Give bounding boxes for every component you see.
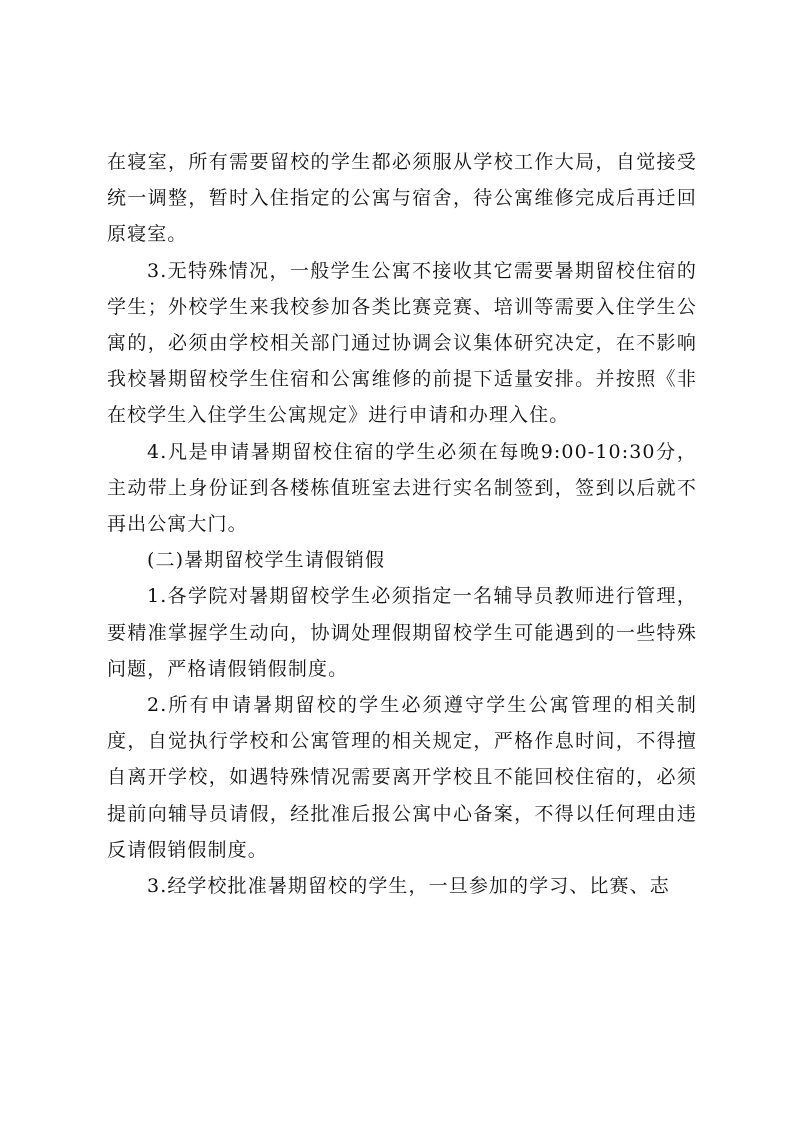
paragraph-sec2-item-2: 2.所有申请暑期留校的学生必须遵守学生公寓管理的相关制度，自觉执行学校和公寓管理… (107, 687, 697, 868)
paragraph-sec2-item-3: 3.经学校批准暑期留校的学生，一旦参加的学习、比赛、志 (107, 868, 697, 904)
paragraph-continuation: 在寝室，所有需要留校的学生都必须服从学校工作大局，自觉接受统一调整，暂时入住指定… (107, 144, 697, 253)
paragraph-item-3: 3.无特殊情况，一般学生公寓不接收其它需要暑期留校住宿的学生；外校学生来我校参加… (107, 253, 697, 434)
document-page: 在寝室，所有需要留校的学生都必须服从学校工作大局，自觉接受统一调整，暂时入住指定… (107, 144, 697, 904)
section-heading-2: (二)暑期留校学生请假销假 (107, 542, 697, 578)
paragraph-sec2-item-1: 1.各学院对暑期留校学生必须指定一名辅导员教师进行管理，要精准掌握学生动向，协调… (107, 578, 697, 687)
paragraph-item-4: 4.凡是申请暑期留校住宿的学生必须在每晚9:00-10:30分，主动带上身份证到… (107, 434, 697, 543)
